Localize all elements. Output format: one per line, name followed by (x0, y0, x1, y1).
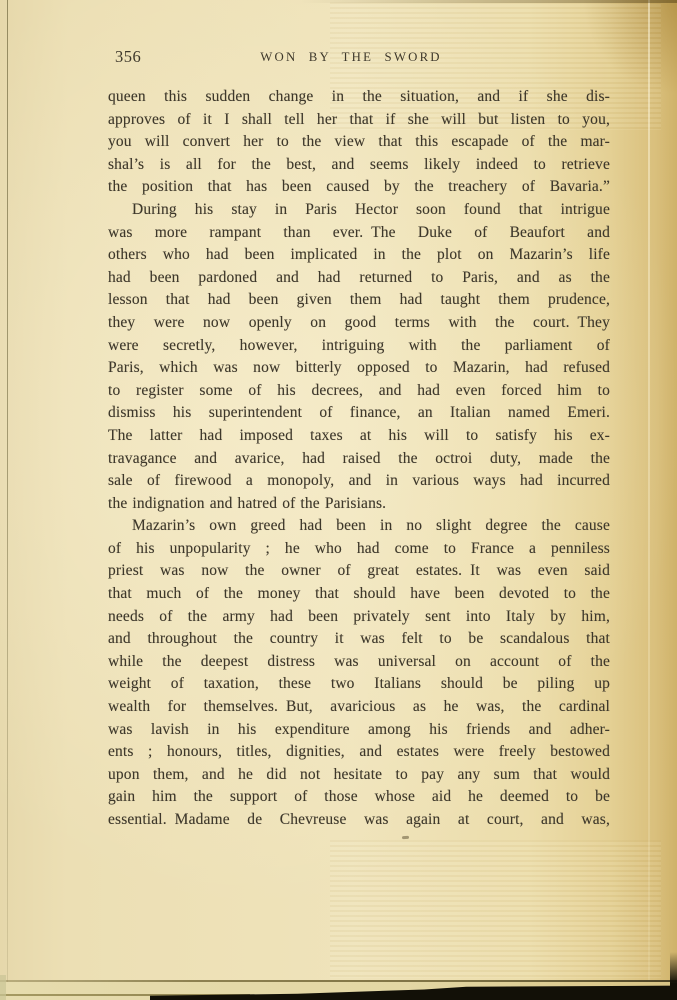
text-line: Paris, which was now bitterly opposed to… (108, 357, 610, 380)
text-line: essential. Madame de Chevreuse was again… (108, 809, 610, 832)
text-line: The latter had imposed taxes at his will… (108, 425, 610, 448)
text-line: the indignation and hatred of the Parisi… (108, 493, 610, 516)
page-text: queen this sudden change in the situatio… (108, 86, 610, 832)
text-line: gain him the support of those whose aid … (108, 786, 610, 809)
text-line: while the deepest distress was universal… (108, 651, 610, 674)
text-line: the position that has been caused by the… (108, 176, 610, 199)
book-cover-corner (670, 952, 677, 1000)
text-line: was lavish in his expenditure among his … (108, 719, 610, 742)
running-title: WON BY THE SWORD (108, 50, 594, 65)
fore-edge-crease (648, 0, 650, 982)
text-line: upon them, and he did not hesitate to pa… (108, 764, 610, 787)
gutter-edge-line (7, 0, 8, 985)
text-line: shal’s is all for the best, and seems li… (108, 154, 610, 177)
text-line: weight of taxation, these two Italians s… (108, 673, 610, 696)
text-line: lesson that had been given them had taug… (108, 289, 610, 312)
text-line: priest was now the owner of great estate… (108, 560, 610, 583)
text-line: others who had been implicated in the pl… (108, 244, 610, 267)
text-line: sale of firewood a monopoly, and in vari… (108, 470, 610, 493)
page-header: 356 WON BY THE SWORD (108, 47, 610, 65)
paper-page: 356 WON BY THE SWORD queen this sudden c… (0, 0, 677, 1000)
text-line: were secretly, however, intriguing with … (108, 335, 610, 358)
text-line: that much of the money that should have … (108, 583, 610, 606)
text-line: wealth for themselves. But, avaricious a… (108, 696, 610, 719)
text-line: travagance and avarice, had raised the o… (108, 448, 610, 471)
scan-speck (402, 836, 409, 839)
text-line: of his unpopularity ; he who had come to… (108, 538, 610, 561)
text-line: During his stay in Paris Hector soon fou… (108, 199, 610, 222)
top-edge-shadow (300, 0, 677, 3)
text-line: queen this sudden change in the situatio… (108, 86, 610, 109)
text-line: had been pardoned and had returned to Pa… (108, 267, 610, 290)
text-line: needs of the army had been privately sen… (108, 606, 610, 629)
scanned-book-page: 356 WON BY THE SWORD queen this sudden c… (0, 0, 677, 1000)
bottom-left-corner-tint (0, 975, 6, 1000)
text-line: and throughout the country it was felt t… (108, 628, 610, 651)
text-line: they were now openly on good terms with … (108, 312, 610, 335)
text-line: ents ; honours, titles, dignities, and e… (108, 741, 610, 764)
scan-streaks-bottom (330, 840, 661, 978)
text-line: to register some of his decrees, and had… (108, 380, 610, 403)
text-line: approves of it I shall tell her that if … (108, 109, 610, 132)
text-line: you will convert her to the view that th… (108, 131, 610, 154)
text-line: Mazarin’s own greed had been in no sligh… (108, 515, 610, 538)
text-line: dismiss his superintendent of finance, a… (108, 402, 610, 425)
text-line: was more rampant than ever. The Duke of … (108, 222, 610, 245)
